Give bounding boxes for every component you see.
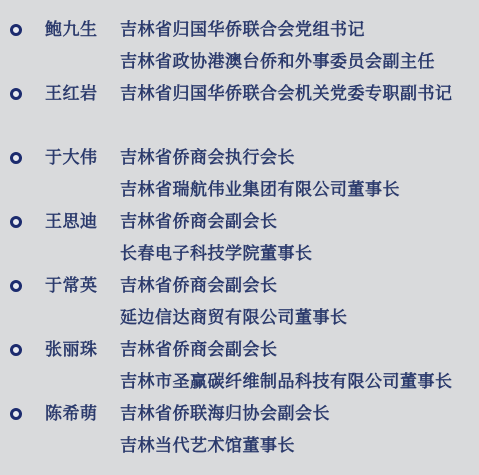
person-title-line: 吉林省归国华侨联合会党组书记 xyxy=(120,14,479,46)
person-titles: 吉林省归国华侨联合会机关党委专职副书记 xyxy=(120,78,479,110)
person-titles: 吉林省侨商会副会长 长春电子科技学院董事长 xyxy=(120,206,479,270)
person-title-line: 吉林省侨商会副会长 xyxy=(120,334,479,366)
person-name: 王红岩 xyxy=(45,78,120,110)
person-title-line: 延边信达商贸有限公司董事长 xyxy=(120,302,479,334)
person-entry: 于常英 吉林省侨商会副会长 延边信达商贸有限公司董事长 xyxy=(10,270,479,334)
ring-bullet-icon xyxy=(10,24,22,36)
person-name: 鲍九生 xyxy=(45,14,120,46)
bullet-col xyxy=(10,152,22,164)
ring-bullet-icon xyxy=(10,344,22,356)
bullet-col xyxy=(10,408,22,420)
person-title-line: 吉林市圣赢碳纤维制品科技有限公司董事长 xyxy=(120,366,479,398)
person-entry: 陈希萌 吉林省侨联海归协会副会长 吉林当代艺术馆董事长 xyxy=(10,398,479,462)
person-entry: 王思迪 吉林省侨商会副会长 长春电子科技学院董事长 xyxy=(10,206,479,270)
ring-bullet-icon xyxy=(10,216,22,228)
ring-bullet-icon xyxy=(10,280,22,292)
bullet-col xyxy=(10,216,22,228)
person-entry: 鲍九生 吉林省归国华侨联合会党组书记 吉林省政协港澳台侨和外事委员会副主任 xyxy=(10,14,479,78)
person-name: 于常英 xyxy=(45,270,120,302)
person-name: 于大伟 xyxy=(45,142,120,174)
ring-bullet-icon xyxy=(10,408,22,420)
ring-bullet-icon xyxy=(10,152,22,164)
bullet-col xyxy=(10,280,22,292)
person-name: 王思迪 xyxy=(45,206,120,238)
person-title-line: 吉林当代艺术馆董事长 xyxy=(120,430,479,462)
bullet-col xyxy=(10,24,22,36)
person-title-line: 长春电子科技学院董事长 xyxy=(120,238,479,270)
person-entry: 于大伟 吉林省侨商会执行会长 吉林省瑞航伟业集团有限公司董事长 xyxy=(10,142,479,206)
people-roster: 鲍九生 吉林省归国华侨联合会党组书记 吉林省政协港澳台侨和外事委员会副主任 王红… xyxy=(0,0,479,462)
person-name: 张丽珠 xyxy=(45,334,120,366)
person-title-line: 吉林省归国华侨联合会机关党委专职副书记 xyxy=(120,78,479,110)
person-title-line: 吉林省政协港澳台侨和外事委员会副主任 xyxy=(120,46,479,78)
bullet-col xyxy=(10,88,22,100)
bullet-col xyxy=(10,344,22,356)
person-title-line: 吉林省侨联海归协会副会长 xyxy=(120,398,479,430)
person-title-line: 吉林省侨商会执行会长 xyxy=(120,142,479,174)
person-title-line: 吉林省侨商会副会长 xyxy=(120,270,479,302)
person-title-line: 吉林省侨商会副会长 xyxy=(120,206,479,238)
person-titles: 吉林省侨商会副会长 吉林市圣赢碳纤维制品科技有限公司董事长 xyxy=(120,334,479,398)
person-entry: 张丽珠 吉林省侨商会副会长 吉林市圣赢碳纤维制品科技有限公司董事长 xyxy=(10,334,479,398)
person-name: 陈希萌 xyxy=(45,398,120,430)
person-titles: 吉林省归国华侨联合会党组书记 吉林省政协港澳台侨和外事委员会副主任 xyxy=(120,14,479,78)
person-titles: 吉林省侨商会执行会长 吉林省瑞航伟业集团有限公司董事长 xyxy=(120,142,479,206)
person-title-line: 吉林省瑞航伟业集团有限公司董事长 xyxy=(120,174,479,206)
person-entry: 王红岩 吉林省归国华侨联合会机关党委专职副书记 xyxy=(10,78,479,110)
person-titles: 吉林省侨商会副会长 延边信达商贸有限公司董事长 xyxy=(120,270,479,334)
person-titles: 吉林省侨联海归协会副会长 吉林当代艺术馆董事长 xyxy=(120,398,479,462)
ring-bullet-icon xyxy=(10,88,22,100)
